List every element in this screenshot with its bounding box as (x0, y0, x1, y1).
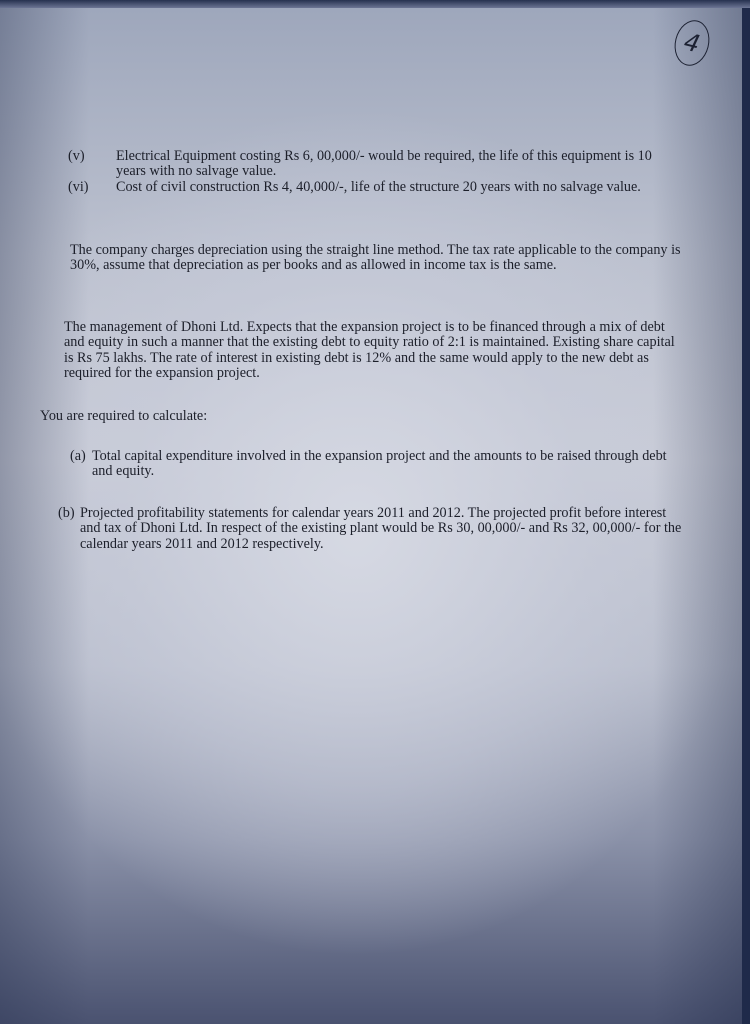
background-edge (0, 0, 750, 8)
page-number: 4 (681, 28, 703, 59)
paragraph-financing: The management of Dhoni Ltd. Expects tha… (64, 320, 686, 382)
requirement-text: Projected profitability statements for c… (80, 506, 688, 552)
requirement-b: (b) Projected profitability statements f… (58, 506, 688, 552)
requirement-text: Total capital expenditure involved in th… (92, 449, 682, 480)
required-heading: You are required to calculate: (40, 409, 440, 424)
requirement-a: (a) Total capital expenditure involved i… (70, 449, 682, 480)
item-text: Cost of civil construction Rs 4, 40,000/… (116, 180, 641, 195)
paragraph-depreciation: The company charges depreciation using t… (70, 243, 682, 274)
list-item: (vi) Cost of civil construction Rs 4, 40… (68, 180, 683, 195)
item-text: Electrical Equipment costing Rs 6, 00,00… (116, 149, 683, 180)
list-item: (v) Electrical Equipment costing Rs 6, 0… (68, 149, 683, 180)
item-label: (vi) (68, 180, 116, 195)
requirement-label: (b) (58, 506, 80, 552)
item-label: (v) (68, 149, 116, 180)
items-list: (v) Electrical Equipment costing Rs 6, 0… (68, 149, 683, 195)
requirement-label: (a) (70, 449, 92, 480)
